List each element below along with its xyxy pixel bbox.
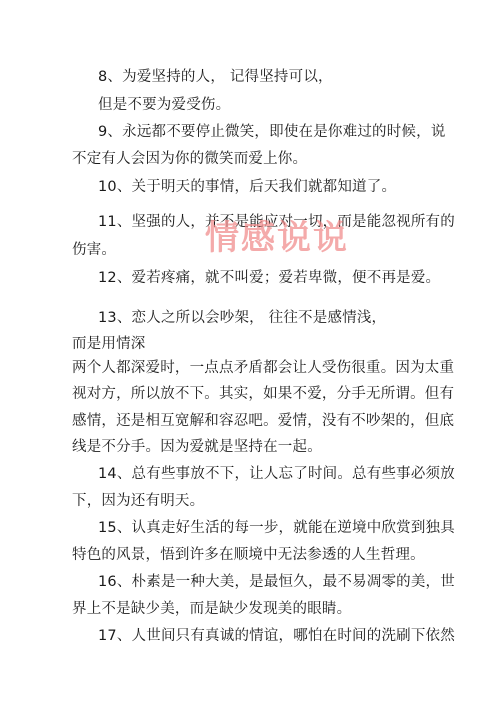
text-line: 13、恋人之所以会吵架， 往往不是感情浅， [98, 308, 386, 328]
text-line: 14、总有些事放不下，让人忘了时间。总有些事必须放 [98, 464, 455, 484]
text-line: 视对方，所以放不下。其实，如果不爱，分手无所谓。但有 [72, 384, 454, 404]
text-line: 不定有人会因为你的微笑而爱上你。 [72, 149, 307, 169]
text-line: 两个人都深爱时，一点点矛盾都会让人受伤很重。因为太重 [72, 358, 454, 378]
text-line: 17、人世间只有真诚的情谊，哪怕在时间的洗刷下依然 [98, 626, 455, 646]
text-line: 12、爱若疼痛，就不叫爱；爱若卑微，便不再是爱。 [98, 268, 440, 288]
text-line: 10、关于明天的事情，后天我们就都知道了。 [98, 177, 396, 197]
text-line: 16、朴素是一种大美，是最恒久，最不易凋零的美，世 [98, 572, 455, 592]
text-line: 特色的风景，悟到许多在顺境中无法参透的人生哲理。 [72, 545, 425, 565]
text-line: 而是用情深 [72, 334, 146, 354]
text-line: 伤害。 [72, 240, 116, 260]
text-line: 线是不分手。因为爱就是坚持在一起。 [72, 437, 322, 457]
text-line: 但是不要为爱受伤。 [98, 95, 230, 115]
text-line: 8、为爱坚持的人， 记得坚持可以， [98, 67, 333, 87]
text-line: 界上不是缺少美，而是缺少发现美的眼睛。 [72, 599, 351, 619]
text-line: 11、坚强的人，并不是能应对一切，而是能忽视所有的 [98, 212, 455, 232]
text-line: 感情，还是相互宽解和容忍吧。爱情，没有不吵架的，但底 [72, 411, 454, 431]
text-line: 下，因为还有明天。 [72, 491, 204, 511]
text-line: 15、认真走好生活的每一步，就能在逆境中欣赏到独具 [98, 518, 455, 538]
text-line: 9、永远都不要停止微笑，即使在是你难过的时候，说 [98, 122, 446, 142]
